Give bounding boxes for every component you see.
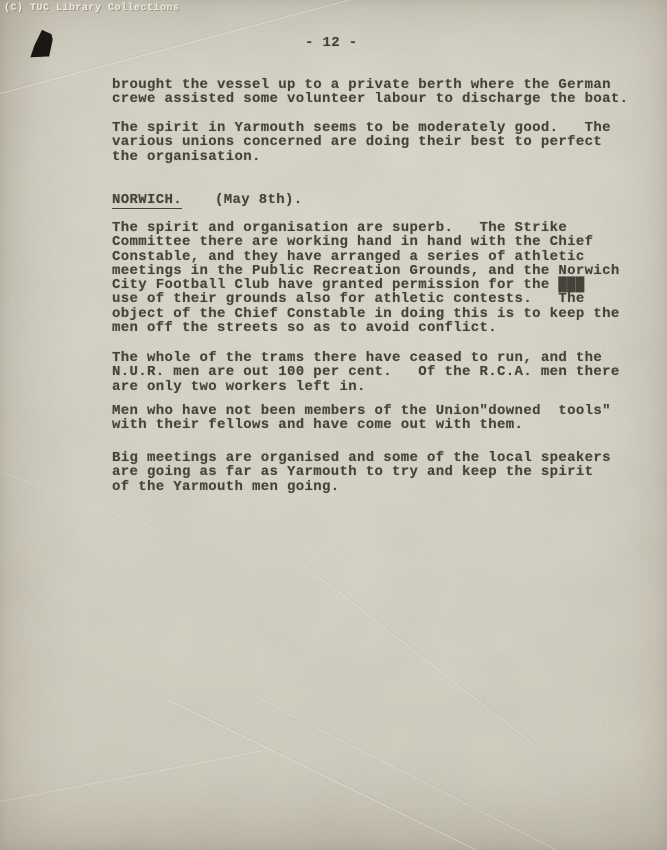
ink-blot-mark	[28, 29, 54, 58]
section-title: NORWICH.	[112, 193, 182, 209]
paragraph-german-crew: brought the vessel up to a private berth…	[112, 78, 628, 107]
document-page: (C) TUC Library Collections - 12 - broug…	[0, 0, 667, 850]
paragraph-downed-tools: Men who have not been members of the Uni…	[112, 404, 611, 433]
paper-crease	[299, 560, 537, 747]
paper-crease	[0, 749, 260, 803]
page-number: - 12 -	[305, 36, 358, 50]
paper-crease	[249, 692, 558, 850]
paragraph-yarmouth-spirit: The spirit in Yarmouth seems to be moder…	[112, 121, 611, 164]
library-watermark: (C) TUC Library Collections	[4, 3, 180, 14]
paper-crease	[167, 698, 483, 850]
section-date: (May 8th).	[215, 192, 303, 208]
paragraph-norwich-organisation: The spirit and organisation are superb. …	[112, 221, 620, 335]
paragraph-big-meetings: Big meetings are organised and some of t…	[112, 451, 611, 494]
paragraph-trams-nur: The whole of the trams there have ceased…	[112, 351, 620, 394]
section-heading-norwich: NORWICH.(May 8th).	[112, 193, 303, 209]
